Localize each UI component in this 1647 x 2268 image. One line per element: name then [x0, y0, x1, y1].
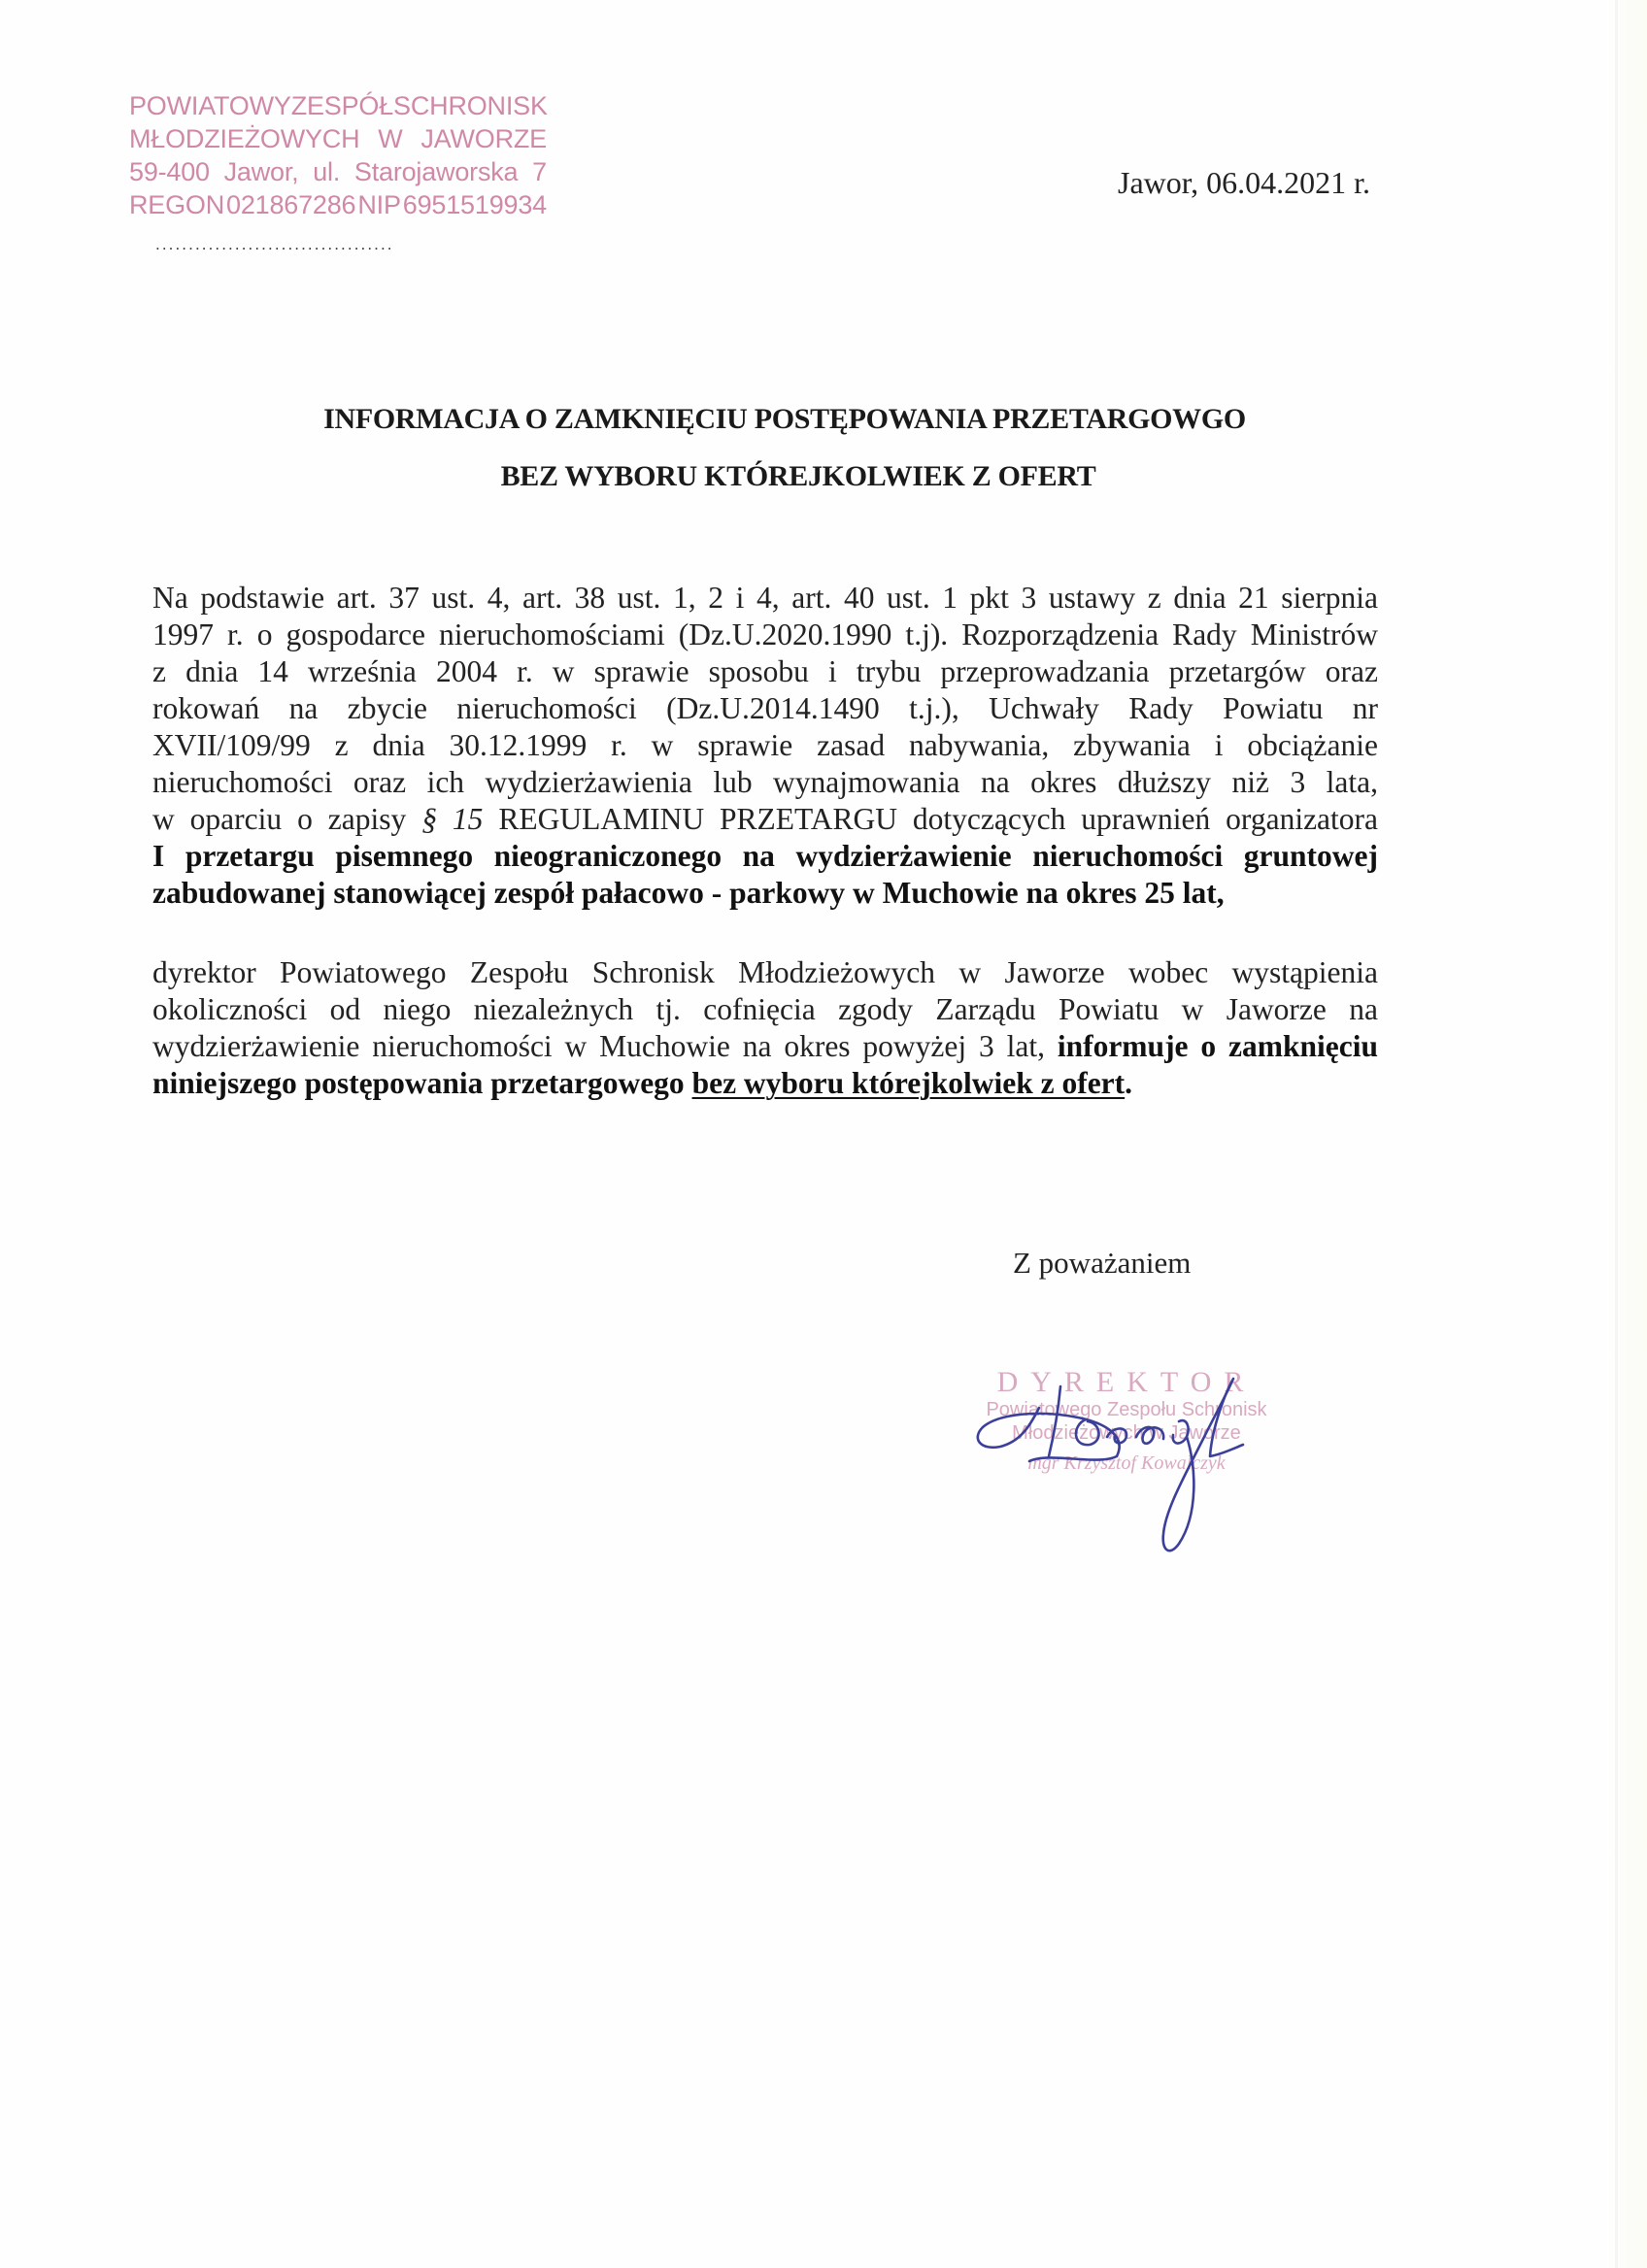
institution-stamp: POWIATOWYZESPÓŁSCHRONISKMŁODZIEŻOWYCHWJA…	[129, 89, 547, 221]
stamp-word: ZESPÓŁ	[291, 89, 393, 122]
text-line: nieruchomości oraz ich wydzierżawienia l…	[152, 764, 1378, 801]
stamp-word: 6951519934	[403, 188, 547, 221]
stamp-line: POWIATOWYZESPÓŁSCHRONISK	[129, 89, 547, 122]
closing-salutation: Z poważaniem	[1013, 1246, 1191, 1281]
stamp-word: 7	[532, 155, 547, 188]
text-line: 1997 r. o gospodarce nieruchomościami (D…	[152, 617, 1378, 653]
stamp-line: REGON021867286NIP6951519934	[129, 188, 547, 221]
text-line: okoliczności od niego niezależnych tj. c…	[152, 991, 1378, 1028]
document-page: POWIATOWYZESPÓŁSCHRONISKMŁODZIEŻOWYCHWJA…	[0, 0, 1647, 2268]
stamp-word: SCHRONISK	[393, 89, 548, 122]
stamp-word: REGON	[129, 188, 224, 221]
text-line: dyrektor Powiatowego Zespołu Schronisk M…	[152, 954, 1378, 991]
stamp-word: MŁODZIEŻOWYCH	[129, 122, 359, 155]
stamp-word: Starojaworska	[354, 155, 518, 188]
text-line: Na podstawie art. 37 ust. 4, art. 38 ust…	[152, 580, 1378, 617]
stamp-dotted-line: ....................................	[155, 235, 394, 254]
text-line: z dnia 14 września 2004 r. w sprawie spo…	[152, 653, 1378, 690]
stamp-word: W	[378, 122, 402, 155]
stamp-word: ul.	[313, 155, 340, 188]
place-and-date: Jawor, 06.04.2021 r.	[1118, 165, 1370, 201]
document-title-line-2: BEZ WYBORU KTÓREJKOLWIEK Z OFERT	[0, 460, 1622, 493]
text-line: XVII/109/99 z dnia 30.12.1999 r. w spraw…	[152, 727, 1378, 764]
text-line: w oparciu o zapisy § 15 REGULAMINU PRZET…	[152, 801, 1378, 838]
text-line: rokowań na zbycie nieruchomości (Dz.U.20…	[152, 690, 1378, 727]
stamp-word: JAWORZE	[420, 122, 547, 155]
text-line: niniejszego postępowania przetargowego b…	[152, 1065, 1378, 1102]
stamp-line: MŁODZIEŻOWYCHWJAWORZE	[129, 122, 547, 155]
text-line: zabudowanej stanowiącej zespół pałacowo …	[152, 875, 1378, 912]
document-title-line-1: INFORMACJA O ZAMKNIĘCIU POSTĘPOWANIA PRZ…	[0, 403, 1608, 436]
stamp-word: 021867286	[226, 188, 355, 221]
paragraph-decision: dyrektor Powiatowego Zespołu Schronisk M…	[152, 954, 1378, 1102]
stamp-word: NIP	[357, 188, 400, 221]
stamp-word: Jawor,	[224, 155, 299, 188]
scan-edge	[1606, 0, 1647, 2268]
stamp-word: 59-400	[129, 155, 210, 188]
paragraph-legal-basis: Na podstawie art. 37 ust. 4, art. 38 ust…	[152, 580, 1378, 912]
text-line: wydzierżawienie nieruchomości w Muchowie…	[152, 1028, 1378, 1065]
stamp-line: 59-400Jawor,ul.Starojaworska7	[129, 155, 547, 188]
stamp-word: POWIATOWY	[129, 89, 291, 122]
text-line: I przetargu pisemnego nieograniczonego n…	[152, 838, 1378, 875]
handwritten-signature	[971, 1350, 1292, 1573]
scan-edge-line	[1615, 0, 1618, 2268]
